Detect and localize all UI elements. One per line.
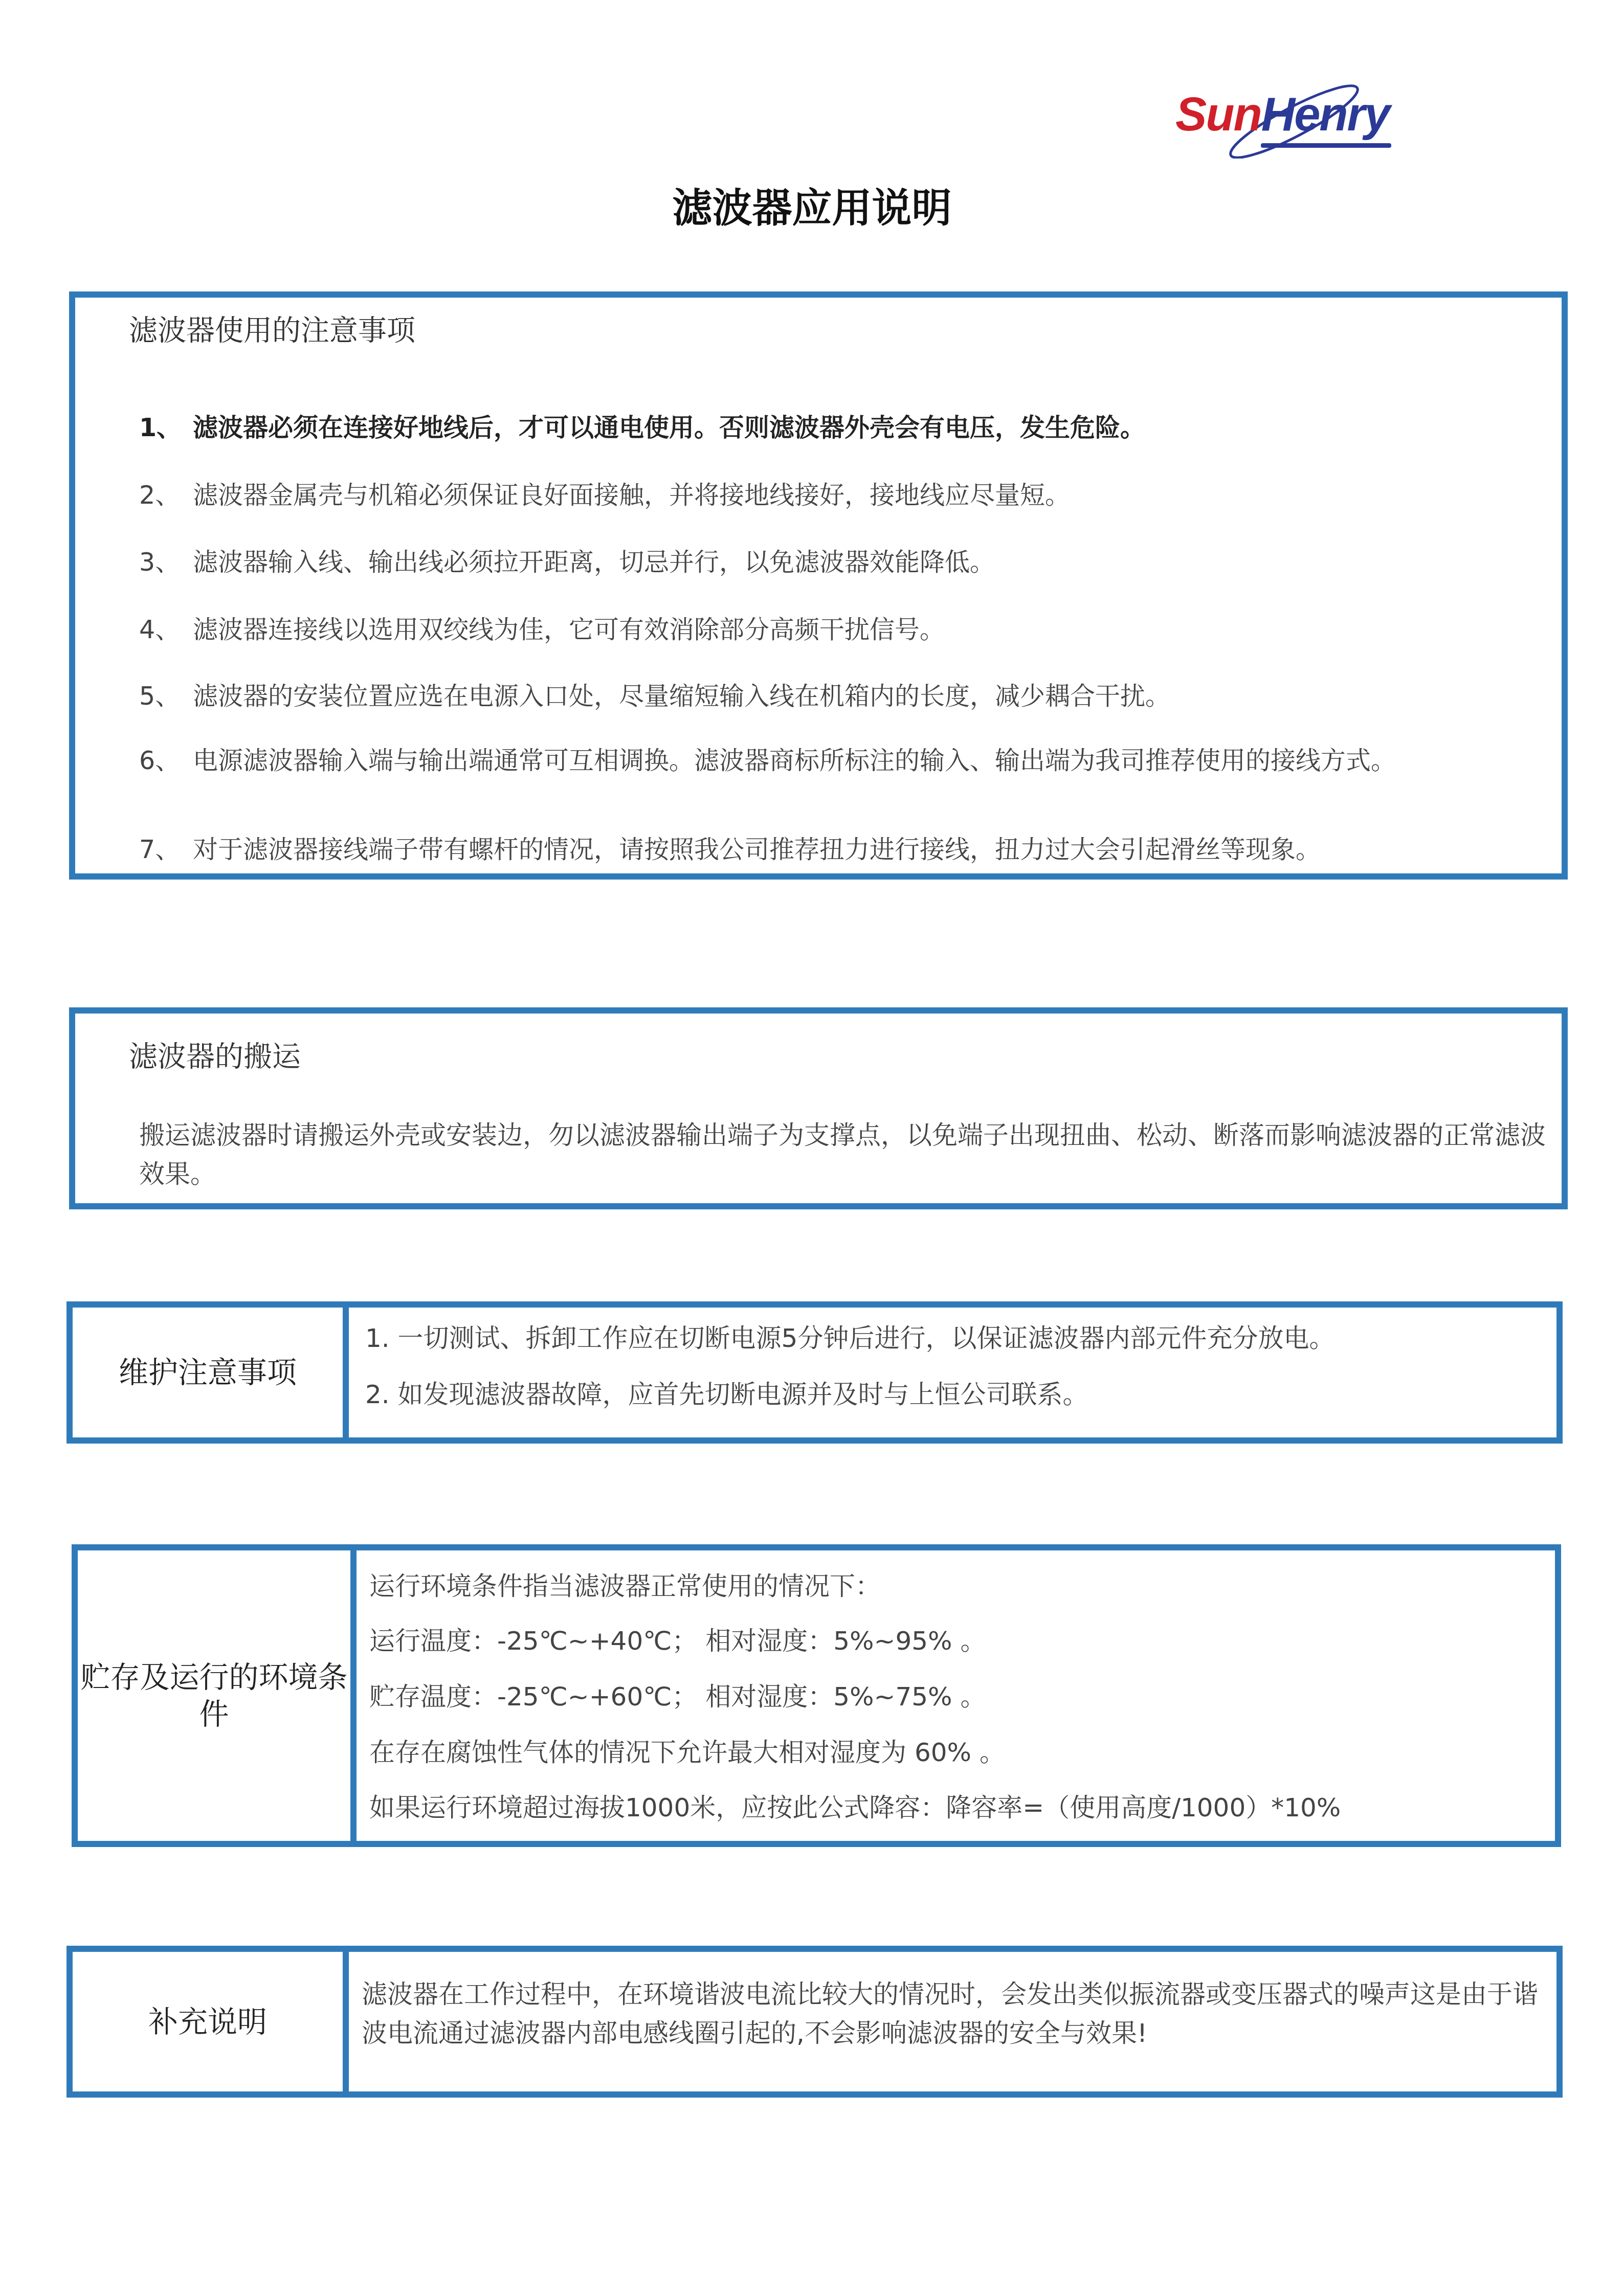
handling-box: 滤波器的搬运 搬运滤波器时请搬运外壳或安装边，勿以滤波器输出端子为支撑点，以免端… [69, 1007, 1568, 1209]
environment-line-3: 贮存温度：-25℃~+60℃； 相对湿度：5%~75% 。 [369, 1676, 986, 1713]
usage-item-5: 5、滤波器的安装位置应选在电源入口处，尽量缩短输入线在机箱内的长度，减少耦合干扰… [139, 681, 1546, 712]
maintenance-label-cell: 维护注意事项 [73, 1308, 349, 1437]
usage-item-2: 2、滤波器金属壳与机箱必须保证良好面接触，并将接地线接好，接地线应尽量短。 [139, 480, 1546, 511]
supplement-label-cell: 补充说明 [73, 1952, 349, 2091]
usage-item-6: 6、电源滤波器输入端与输出端通常可互相调换。滤波器商标所标注的输入、输出端为我司… [139, 749, 1561, 773]
environment-line-2: 运行温度：-25℃~+40℃； 相对湿度：5%~95% 。 [369, 1620, 986, 1657]
company-logo: SunHenry [1171, 77, 1396, 159]
usage-item-1: 1、滤波器必须在连接好地线后，才可以通电使用。否则滤波器外壳会有电压，发生危险。 [139, 413, 1546, 443]
usage-item-4: 4、滤波器连接线以选用双绞线为佳，它可有效消除部分高频干扰信号。 [139, 615, 1546, 645]
environment-label-cell: 贮存及运行的环境条件 [78, 1550, 357, 1841]
environment-line-5: 如果运行环境超过海拔1000米，应按此公式降容：降容率=（使用高度/1000）*… [369, 1787, 1341, 1824]
logo-henry: Henry [1261, 88, 1390, 141]
environment-line-4: 在存在腐蚀性气体的情况下允许最大相对湿度为 60% 。 [369, 1732, 1005, 1769]
handling-text: 搬运滤波器时请搬运外壳或安装边，勿以滤波器输出端子为支撑点，以免端子出现扭曲、松… [139, 1116, 1546, 1194]
logo-sun: Sun [1175, 88, 1261, 141]
environment-box: 贮存及运行的环境条件 运行环境条件指当滤波器正常使用的情况下： 运行温度：-25… [72, 1544, 1561, 1847]
usage-item-7: 7、对于滤波器接线端子带有螺杆的情况，请按照我公司推荐扭力进行接线，扭力过大会引… [139, 835, 1561, 865]
supplement-label: 补充说明 [148, 2004, 267, 2040]
environment-line-1: 运行环境条件指当滤波器正常使用的情况下： [369, 1566, 881, 1603]
handling-title: 滤波器的搬运 [129, 1034, 301, 1075]
usage-notes-box: 滤波器使用的注意事项 1、滤波器必须在连接好地线后，才可以通电使用。否则滤波器外… [69, 291, 1568, 880]
page-title: 滤波器应用说明 [0, 176, 1624, 234]
maintenance-label: 维护注意事项 [119, 1354, 297, 1391]
maintenance-item-1: 1. 一切测试、拆卸工作应在切断电源5分钟后进行，以保证滤波器内部元件充分放电。 [365, 1318, 1334, 1355]
usage-notes-title: 滤波器使用的注意事项 [129, 308, 415, 349]
maintenance-box: 维护注意事项 1. 一切测试、拆卸工作应在切断电源5分钟后进行，以保证滤波器内部… [66, 1301, 1563, 1444]
supplement-text: 滤波器在工作过程中，在环境谐波电流比较大的情况时，会发出类似振流器或变压器式的噪… [362, 1975, 1553, 2053]
usage-item-3: 3、滤波器输入线、输出线必须拉开距离，切忌并行，以免滤波器效能降低。 [139, 547, 1546, 578]
maintenance-item-2: 2. 如发现滤波器故障，应首先切断电源并及时与上恒公司联系。 [365, 1374, 1088, 1411]
environment-label: 贮存及运行的环境条件 [79, 1659, 350, 1732]
supplement-box: 补充说明 滤波器在工作过程中，在环境谐波电流比较大的情况时，会发出类似振流器或变… [66, 1946, 1563, 2098]
